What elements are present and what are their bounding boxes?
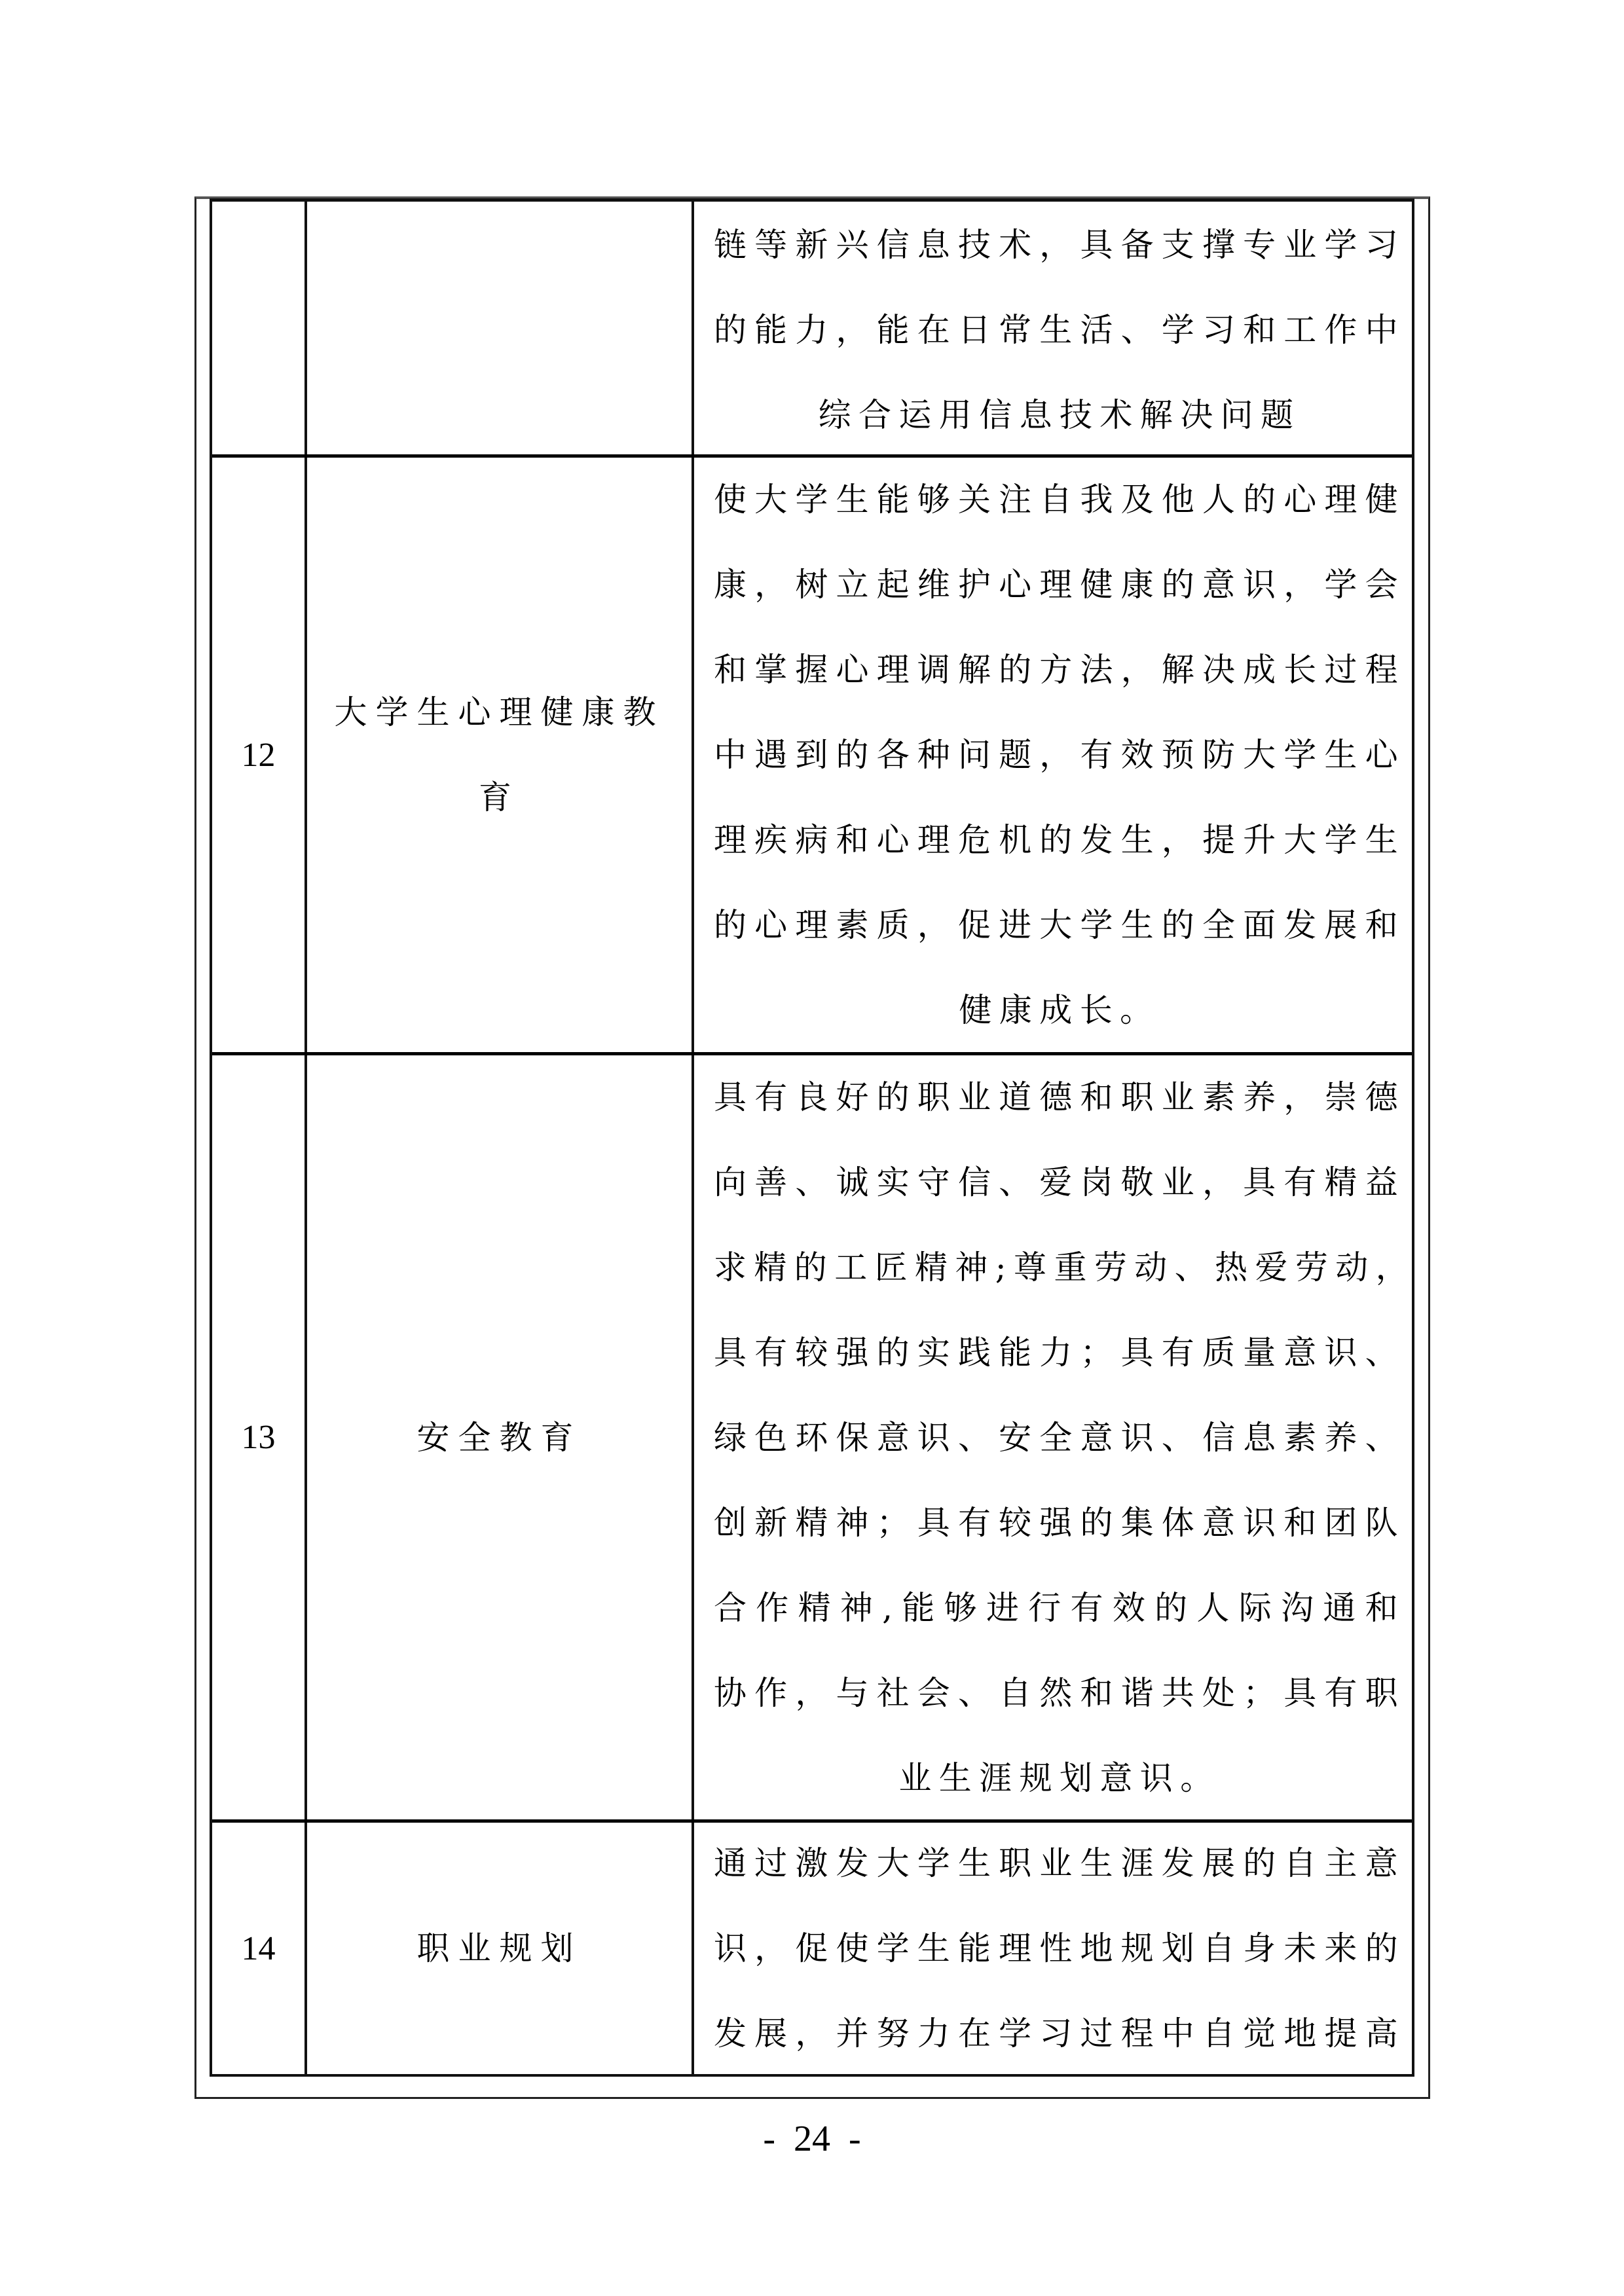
course-name-cell: 职业规划 [307, 1823, 694, 2074]
row-number-cell [212, 202, 307, 458]
table-row: 链等新兴信息技术，具备支撑专业学习 的能力，能在日常生活、学习和工作中 综合运用… [212, 202, 1412, 458]
table-row: 14 职业规划 通过激发大学生职业生涯发展的自主意 识，促使学生能理性地规划自身… [212, 1819, 1412, 2074]
course-name-cell: 大学生心理健康教育 [307, 458, 694, 1052]
row-number-cell: 12 [212, 458, 307, 1052]
course-table: 链等新兴信息技术，具备支撑专业学习 的能力，能在日常生活、学习和工作中 综合运用… [210, 198, 1414, 2077]
table-row: 13 安全教育 具有良好的职业道德和职业素养，崇德 向善、诚实守信、爱岗敬业，具… [212, 1052, 1412, 1819]
description-text: 通过激发大学生职业生涯发展的自主意 识，促使学生能理性地规划自身未来的 发展，并… [714, 1821, 1405, 2076]
row-number-cell: 14 [212, 1823, 307, 2074]
description-text: 链等新兴信息技术，具备支撑专业学习 的能力，能在日常生活、学习和工作中 综合运用… [714, 202, 1405, 458]
course-description-cell: 通过激发大学生职业生涯发展的自主意 识，促使学生能理性地规划自身未来的 发展，并… [694, 1823, 1412, 2074]
course-description-cell: 链等新兴信息技术，具备支撑专业学习 的能力，能在日常生活、学习和工作中 综合运用… [694, 202, 1412, 458]
course-name-cell [307, 202, 694, 458]
description-text: 使大学生能够关注自我及他人的心理健 康，树立起维护心理健康的意识，学会 和掌握心… [714, 457, 1405, 1053]
row-number-cell: 13 [212, 1055, 307, 1819]
course-description-cell: 具有良好的职业道德和职业素养，崇德 向善、诚实守信、爱岗敬业，具有精益 求精的工… [694, 1055, 1412, 1819]
page-number: - 24 - [0, 2118, 1624, 2160]
table-row: 12 大学生心理健康教育 使大学生能够关注自我及他人的心理健 康，树立起维护心理… [212, 454, 1412, 1052]
course-description-cell: 使大学生能够关注自我及他人的心理健 康，树立起维护心理健康的意识，学会 和掌握心… [694, 458, 1412, 1052]
course-name-cell: 安全教育 [307, 1055, 694, 1819]
description-text: 具有良好的职业道德和职业素养，崇德 向善、诚实守信、爱岗敬业，具有精益 求精的工… [714, 1055, 1405, 1821]
